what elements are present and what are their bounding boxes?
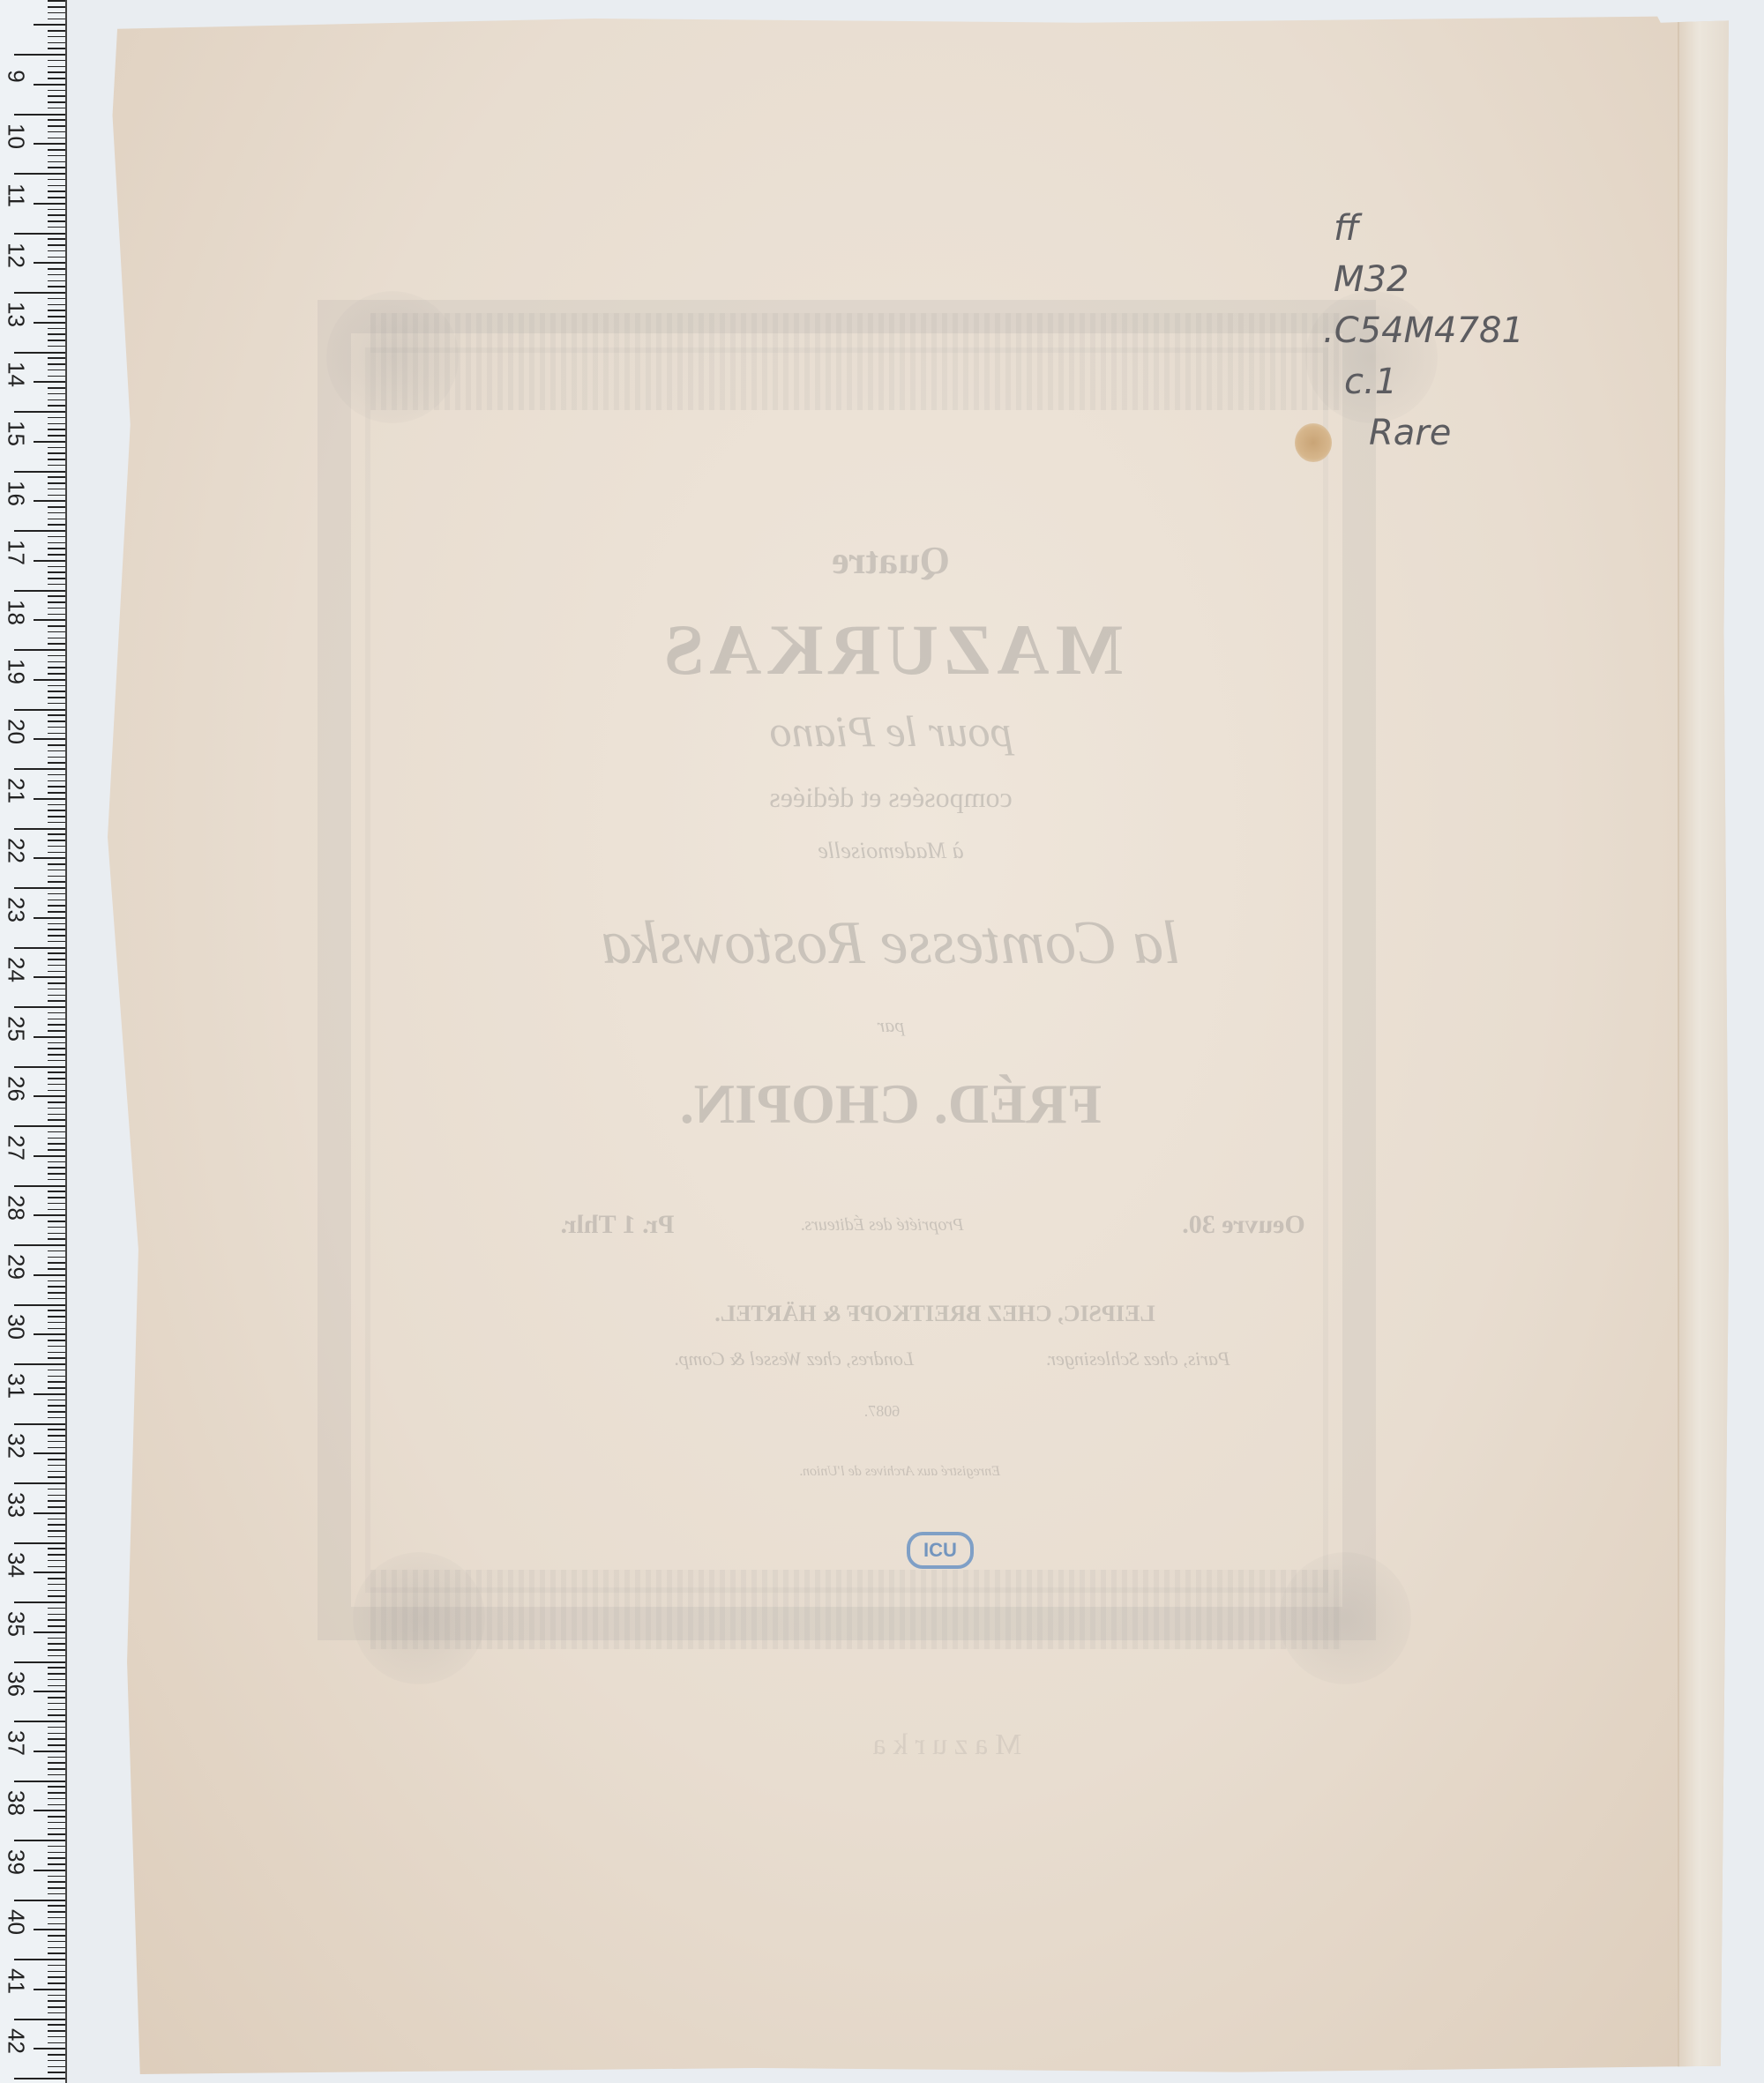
ruler-tick [14, 1006, 65, 1008]
ruler-tick [48, 1595, 65, 1597]
ruler-tick [48, 250, 65, 252]
ruler-tick [48, 1071, 65, 1073]
ruler-tick [48, 905, 65, 907]
ruler-tick [34, 24, 65, 26]
ruler-tick [34, 679, 65, 681]
ruler-tick [48, 227, 65, 228]
pencil-line-1: ff [1334, 203, 1552, 254]
ruler-tick [34, 322, 65, 324]
ruler-tick [34, 1393, 65, 1395]
ruler-label: 14 [3, 356, 30, 392]
ruler-tick [48, 1090, 65, 1092]
ruler-tick [48, 12, 65, 14]
ruler-tick [48, 631, 65, 633]
ruler-tick [48, 757, 65, 758]
ruler-tick [48, 959, 65, 960]
ruler-tick [48, 1685, 65, 1687]
ruler-tick [48, 90, 65, 92]
ruler-tick [48, 1238, 65, 1240]
ruler-tick [48, 1625, 65, 1627]
library-stamp: ICU [907, 1532, 974, 1569]
ruler-tick [48, 1114, 65, 1116]
ruler-tick [48, 340, 65, 341]
ruler-tick [48, 304, 65, 306]
ruler-tick [48, 161, 65, 163]
ruler-tick [48, 149, 65, 151]
ruler-tick [48, 911, 65, 913]
ruler-tick [14, 947, 65, 949]
ruler-tick [14, 1542, 65, 1544]
ruler-tick [48, 1262, 65, 1264]
ruler-tick [34, 262, 65, 264]
ruler-tick [48, 1411, 65, 1413]
ghost-composer: FRÉD. CHOPIN. [494, 1071, 1288, 1137]
ruler-tick [48, 625, 65, 627]
ruler-tick [48, 595, 65, 597]
ruler-tick [48, 1952, 65, 1954]
ruler-tick [48, 655, 65, 657]
ruler-tick [48, 727, 65, 728]
ruler-tick [48, 60, 65, 62]
ruler-tick [48, 2042, 65, 2044]
ruler-tick [48, 370, 65, 371]
ruler-tick [48, 465, 65, 467]
ruler-tick [14, 1482, 65, 1484]
ruler-tick [14, 173, 65, 175]
ruler-tick [48, 571, 65, 573]
ruler-tick [48, 638, 65, 639]
ruler-tick [48, 1471, 65, 1473]
ruler-tick [48, 1429, 65, 1430]
ghost-price: Pr. 1 Thlr. [529, 1210, 706, 1240]
ruler-tick [48, 1947, 65, 1949]
ruler-label: 25 [3, 1012, 30, 1047]
ruler-tick [48, 1971, 65, 1973]
ruler-tick [48, 1911, 65, 1913]
ruler-tick [48, 280, 65, 282]
ruler-tick [48, 786, 65, 788]
ruler-tick [34, 1631, 65, 1633]
ruler-tick [48, 298, 65, 300]
ruler-label: 34 [3, 1547, 30, 1582]
ruler-tick [48, 780, 65, 782]
ruler-tick [48, 542, 65, 544]
ruler-tick [14, 471, 65, 473]
ruler-tick [34, 1810, 65, 1811]
ruler-tick [48, 1536, 65, 1538]
ruler-tick [48, 1352, 65, 1354]
ruler-tick [48, 1060, 65, 1062]
ruler-tick [48, 2060, 65, 2062]
ruler-tick [48, 244, 65, 246]
ruler-tick [48, 900, 65, 901]
ruler-tick [48, 965, 65, 967]
ruler-tick [34, 917, 65, 919]
ruler-tick [48, 506, 65, 508]
ruler-tick [48, 1149, 65, 1151]
ruler-tick [48, 822, 65, 824]
ruler-tick [48, 1221, 65, 1222]
ruler-tick [48, 846, 65, 847]
ruler-tick [48, 1042, 65, 1044]
ruler-tick [48, 333, 65, 335]
ruler-tick [48, 108, 65, 109]
ruler-tick [48, 1119, 65, 1121]
ruler-label: 39 [3, 1845, 30, 1880]
ruler-tick [48, 363, 65, 365]
ruler-tick [48, 1614, 65, 1616]
ruler-tick [48, 1976, 65, 1978]
ruler-tick [48, 257, 65, 258]
ruler-tick [14, 649, 65, 651]
ruler-tick [48, 268, 65, 270]
ruler-tick [48, 1697, 65, 1699]
measurement-ruler: 9101112131415161718192021222324252627282… [0, 0, 67, 2083]
ruler-tick [14, 1244, 65, 1246]
ruler-tick [34, 738, 65, 740]
ruler-tick [48, 476, 65, 478]
ruler-tick [48, 1590, 65, 1592]
ruler-tick [34, 1989, 65, 1990]
ruler-tick [48, 548, 65, 549]
ghost-bottom: Mazurka [759, 1728, 1129, 1762]
ruler-tick [48, 429, 65, 430]
ruler-tick [48, 1233, 65, 1235]
ghost-quatre: Quatre [494, 538, 1288, 583]
ruler-tick [48, 1203, 65, 1205]
ruler-tick [48, 1506, 65, 1508]
ruler-tick [48, 179, 65, 181]
ruler-tick [48, 1209, 65, 1211]
ruler-tick [34, 1274, 65, 1276]
ruler-tick [48, 1578, 65, 1579]
ruler-tick [34, 1512, 65, 1514]
ruler-tick [34, 1036, 65, 1038]
ruler-label: 20 [3, 713, 30, 749]
ruler-tick [48, 1792, 65, 1794]
ruler-tick [34, 203, 65, 205]
corner-ornament-bottom-left [353, 1552, 485, 1684]
ruler-tick [48, 1405, 65, 1407]
ruler-tick [48, 1714, 65, 1716]
ruler-tick [48, 131, 65, 133]
ruler-tick [48, 893, 65, 895]
ruler-tick [48, 1310, 65, 1311]
ruler-tick [48, 667, 65, 668]
ruler-tick [48, 792, 65, 794]
ruler-label: 23 [3, 892, 30, 928]
ruler-tick [48, 2006, 65, 2008]
ruler-tick [34, 1751, 65, 1752]
ruler-tick [48, 0, 65, 2]
ruler-tick [48, 1833, 65, 1835]
ruler-tick [48, 1876, 65, 1878]
ruler-tick [48, 405, 65, 407]
ruler-tick [48, 554, 65, 556]
ruler-tick [34, 2048, 65, 2049]
ruler-tick [48, 1131, 65, 1133]
ruler-tick [14, 1185, 65, 1187]
ruler-label: 13 [3, 297, 30, 332]
ruler-tick [48, 95, 65, 97]
ruler-tick [34, 976, 65, 978]
ruler-tick [34, 1691, 65, 1692]
pencil-line-2: M32 [1334, 254, 1552, 305]
ruler-tick [48, 155, 65, 157]
ruler-tick [48, 1905, 65, 1907]
ruler-tick [34, 84, 65, 86]
ruler-tick [48, 310, 65, 311]
ruler-tick [34, 798, 65, 800]
ruler-tick [48, 685, 65, 687]
ruler-tick [34, 1929, 65, 1930]
ruler-tick [48, 1619, 65, 1621]
ruler-tick [48, 1941, 65, 1943]
ruler-tick [14, 1304, 65, 1306]
ruler-tick [48, 1489, 65, 1490]
ruler-label: 10 [3, 118, 30, 153]
ruler-tick [48, 1191, 65, 1192]
ruler-tick [14, 1900, 65, 1901]
ruler-tick [48, 376, 65, 377]
ruler-tick [48, 1893, 65, 1895]
ruler-tick [48, 762, 65, 764]
ruler-tick [48, 1257, 65, 1258]
ruler-tick [48, 1857, 65, 1859]
ruler-tick [48, 691, 65, 692]
ruler-tick [48, 1649, 65, 1651]
ruler-tick [48, 1917, 65, 1919]
ruler-tick [48, 1822, 65, 1824]
ruler-tick [48, 941, 65, 943]
ruler-tick [14, 709, 65, 711]
ruler-label: 21 [3, 773, 30, 809]
ruler-tick [14, 352, 65, 354]
ruler-tick [48, 982, 65, 984]
ruler-tick [48, 1757, 65, 1758]
foxing-stain [1295, 423, 1332, 462]
ruler-tick [48, 316, 65, 317]
ruler-label: 16 [3, 475, 30, 511]
ruler-tick [48, 1709, 65, 1711]
ruler-tick [48, 423, 65, 425]
ruler-tick [14, 1781, 65, 1782]
ruler-tick [48, 71, 65, 73]
ruler-tick [14, 114, 65, 116]
ruler-tick [34, 441, 65, 443]
ghost-edition: Propriété des Éditeurs. [741, 1215, 1023, 1236]
ruler-tick [48, 852, 65, 854]
ruler-tick [14, 1601, 65, 1603]
ruler-tick [48, 36, 65, 38]
ruler-tick [48, 1846, 65, 1848]
ruler-tick [48, 1292, 65, 1294]
ruler-tick [48, 1995, 65, 1997]
ruler-label: 32 [3, 1428, 30, 1463]
ruler-tick [48, 452, 65, 454]
ruler-tick [14, 530, 65, 532]
ruler-tick [48, 1019, 65, 1020]
ruler-tick [48, 417, 65, 419]
ruler-tick [48, 1786, 65, 1788]
ruler-tick [48, 66, 65, 68]
ruler-tick [48, 519, 65, 520]
ruler-tick [48, 1495, 65, 1497]
ruler-tick [48, 1982, 65, 1984]
ruler-tick [48, 393, 65, 395]
ghost-opus: Oeuvre 30. [1155, 1210, 1332, 1240]
corner-ornament-top-left [326, 291, 459, 423]
ruler-tick [48, 125, 65, 127]
corner-ornament-bottom-right [1279, 1552, 1411, 1684]
ruler-tick [48, 1554, 65, 1556]
ruler-tick [48, 1328, 65, 1330]
ruler-tick [14, 54, 65, 56]
ruler-tick [48, 1500, 65, 1502]
ruler-tick [48, 346, 65, 347]
ruler-tick [48, 30, 65, 32]
ghost-paris: Paris, chez Schlesinger. [970, 1348, 1305, 1370]
ruler-tick [48, 1197, 65, 1198]
ruler-tick [48, 185, 65, 187]
ruler-tick [48, 774, 65, 776]
ruler-tick [48, 1881, 65, 1883]
ruler-tick [48, 2000, 65, 2002]
ruler-label: 38 [3, 1785, 30, 1820]
ruler-tick [48, 209, 65, 211]
ruler-tick [48, 1417, 65, 1419]
ruler-tick [48, 995, 65, 997]
spine-edge [1678, 12, 1729, 2074]
ruler-tick [48, 447, 65, 449]
ruler-tick [48, 1863, 65, 1865]
ruler-tick [48, 6, 65, 8]
ruler-label: 22 [3, 832, 30, 868]
ruler-tick [34, 857, 65, 859]
ruler-tick [48, 578, 65, 579]
ruler-label: 37 [3, 1726, 30, 1761]
ruler-tick [48, 661, 65, 663]
ruler-tick [14, 1661, 65, 1663]
ruler-tick [48, 1322, 65, 1324]
border-bottom-band [370, 1570, 1341, 1649]
ruler-tick [48, 1400, 65, 1401]
ruler-tick [48, 1078, 65, 1079]
ruler-tick [48, 2054, 65, 2056]
ruler-tick [48, 1161, 65, 1163]
ruler-tick [48, 1251, 65, 1252]
ruler-tick [48, 608, 65, 609]
ruler-tick [14, 1840, 65, 1841]
ruler-tick [48, 1346, 65, 1348]
ruler-label: 36 [3, 1666, 30, 1701]
border-top-band [370, 313, 1341, 410]
ruler-tick [48, 119, 65, 121]
ruler-tick [14, 292, 65, 294]
ruler-tick [48, 1935, 65, 1937]
ruler-tick [48, 1519, 65, 1520]
ruler-tick [48, 1655, 65, 1657]
ruler-tick [14, 828, 65, 830]
ruler-label: 18 [3, 594, 30, 630]
ruler-tick [48, 1852, 65, 1854]
ruler-tick [48, 1441, 65, 1443]
ruler-tick [14, 590, 65, 592]
ruler-tick [48, 387, 65, 389]
ruler-tick [14, 2019, 65, 2020]
ruler-tick [48, 989, 65, 990]
ruler-tick [48, 138, 65, 139]
ruler-tick [48, 1030, 65, 1032]
ruler-tick [48, 357, 65, 359]
ruler-tick [48, 1370, 65, 1371]
ruler-tick [34, 143, 65, 145]
ruler-tick [48, 935, 65, 937]
ruler-tick [48, 744, 65, 746]
ruler-tick [48, 750, 65, 752]
ruler-tick [14, 1125, 65, 1127]
ruler-tick [14, 233, 65, 235]
ruler-tick [48, 1524, 65, 1526]
ruler-tick [34, 500, 65, 502]
ruler-tick [48, 840, 65, 841]
ruler-tick [48, 1024, 65, 1026]
pencil-line-5: Rare [1369, 407, 1552, 459]
ruler-tick [48, 1298, 65, 1300]
ruler-tick [48, 1965, 65, 1967]
ruler-tick [48, 804, 65, 806]
ruler-tick [48, 1667, 65, 1669]
ruler-tick [48, 1744, 65, 1746]
ruler-tick [14, 2078, 65, 2079]
ruler-tick [34, 381, 65, 383]
ruler-tick [48, 1727, 65, 1728]
ruler-tick [48, 2024, 65, 2026]
ruler-tick [48, 399, 65, 401]
ruler-tick [14, 411, 65, 413]
ruler-tick [48, 1084, 65, 1086]
ruler-tick [48, 923, 65, 925]
ruler-tick [34, 1452, 65, 1454]
ruler-label: 35 [3, 1607, 30, 1642]
ruler-label: 42 [3, 2023, 30, 2058]
ruler-tick [14, 768, 65, 770]
ruler-tick [48, 536, 65, 538]
ruler-tick [48, 435, 65, 437]
ruler-tick [48, 1733, 65, 1735]
ruler-tick [48, 1387, 65, 1389]
pencil-call-number: ff M32 .C54M4781 c.1 Rare [1323, 203, 1552, 459]
ruler-tick [48, 1280, 65, 1282]
ruler-tick [48, 1179, 65, 1181]
ruler-tick [14, 1423, 65, 1425]
ruler-tick [48, 1101, 65, 1103]
ruler-tick [34, 1333, 65, 1335]
ghost-composed: composées et dédiées [494, 781, 1288, 814]
ruler-label: 41 [3, 1964, 30, 1999]
ruler-tick [48, 1679, 65, 1681]
ruler-label: 19 [3, 654, 30, 690]
ruler-tick [48, 167, 65, 168]
ruler-tick [34, 1572, 65, 1573]
ruler-tick [48, 1357, 65, 1359]
ruler-tick [48, 703, 65, 705]
pencil-line-4: c.1 [1344, 356, 1552, 407]
ruler-tick [48, 601, 65, 603]
ruler-tick [48, 1143, 65, 1145]
ruler-tick [48, 816, 65, 818]
ruler-tick [48, 1000, 65, 1002]
